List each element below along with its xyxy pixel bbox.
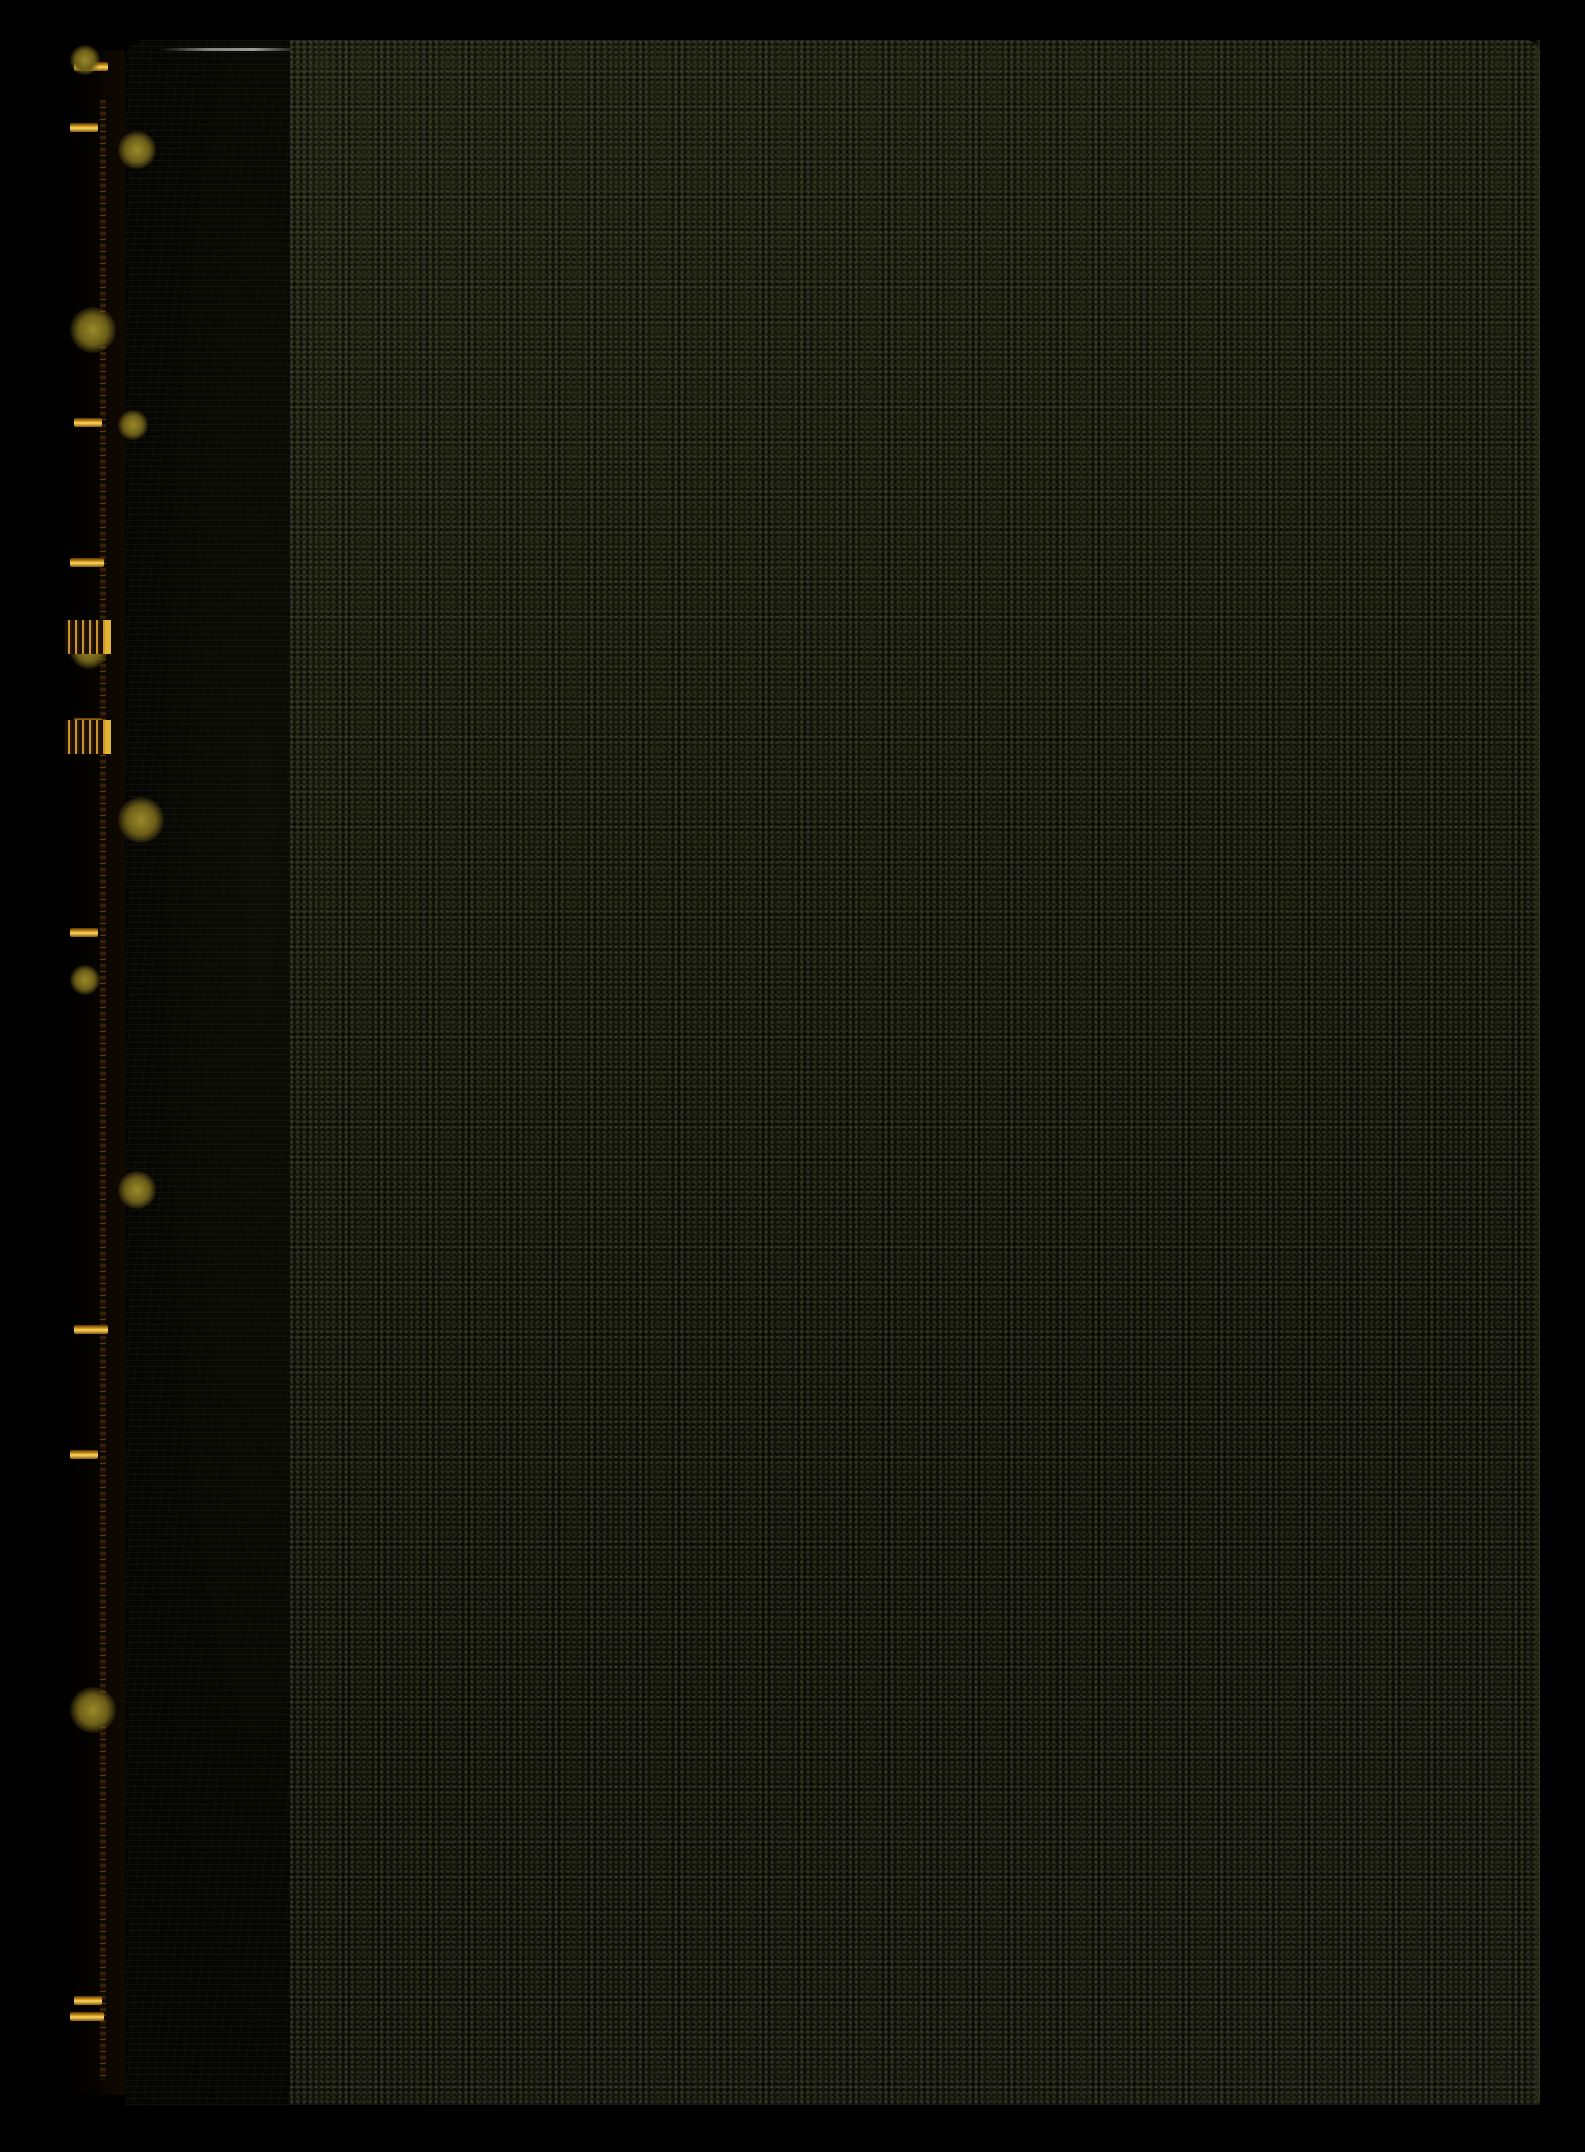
gilt-ornament-icon: [70, 307, 116, 353]
gilt-ornament-icon: [70, 965, 100, 995]
gilt-band-icon: [70, 558, 104, 567]
gilt-ornament-icon: [118, 1171, 156, 1209]
spine-gilt-line: [100, 100, 106, 2080]
gilt-band-icon: [70, 1450, 98, 1459]
gilt-band-icon: [74, 1325, 108, 1334]
gilt-band-icon: [70, 928, 98, 937]
gilt-band-icon: [70, 123, 98, 132]
gilt-band-icon: [74, 1996, 102, 2005]
gilt-ornament-icon: [70, 1687, 116, 1733]
book: [60, 40, 1545, 2105]
gilt-ornament-icon: [118, 131, 156, 169]
pebbled-cloth-cover: [290, 40, 1540, 2105]
gilt-band-icon: [74, 418, 102, 427]
spine-label-icon: [65, 720, 111, 754]
cover-fore-edge: [1534, 40, 1540, 2105]
gilt-ornament-icon: [70, 45, 100, 75]
spine-edge: [60, 50, 125, 2095]
gilt-ornament-icon: [118, 797, 164, 843]
gilt-band-icon: [70, 2012, 104, 2021]
spine-label-icon: [65, 620, 111, 654]
gilt-ornament-icon: [118, 410, 148, 440]
